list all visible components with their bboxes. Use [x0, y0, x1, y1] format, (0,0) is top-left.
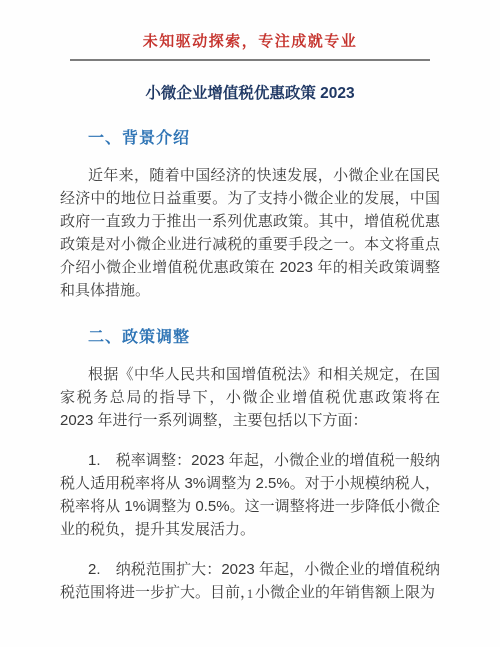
numbered-item-1: 1. 税率调整：2023 年起，小微企业的增值税一般纳税人适用税率将从 3%调整… — [60, 449, 440, 541]
document-title: 小微企业增值税优惠政策 2023 — [60, 84, 440, 103]
section-1-paragraph: 近年来，随着中国经济的快速发展，小微企业在国民经济中的地位日益重要。为了支持小微… — [60, 164, 440, 302]
section-policy-adjustment: 二、政策调整 根据《中华人民共和国增值税法》和相关规定，在国家税务总局的指导下，… — [60, 328, 440, 604]
section-2-paragraph: 根据《中华人民共和国增值税法》和相关规定，在国家税务总局的指导下，小微企业增值税… — [60, 363, 440, 432]
section-background: 一、背景介绍 近年来，随着中国经济的快速发展，小微企业在国民经济中的地位日益重要… — [60, 129, 440, 302]
document-page: 未知驱动探索，专注成就专业 小微企业增值税优惠政策 2023 一、背景介绍 近年… — [0, 0, 500, 647]
document-header: 未知驱动探索，专注成就专业 — [60, 33, 440, 61]
section-2-heading: 二、政策调整 — [88, 328, 440, 348]
header-slogan: 未知驱动探索，专注成就专业 — [60, 33, 440, 52]
section-1-heading: 一、背景介绍 — [88, 129, 440, 149]
header-divider — [70, 59, 430, 61]
page-number: 1 — [0, 586, 500, 602]
